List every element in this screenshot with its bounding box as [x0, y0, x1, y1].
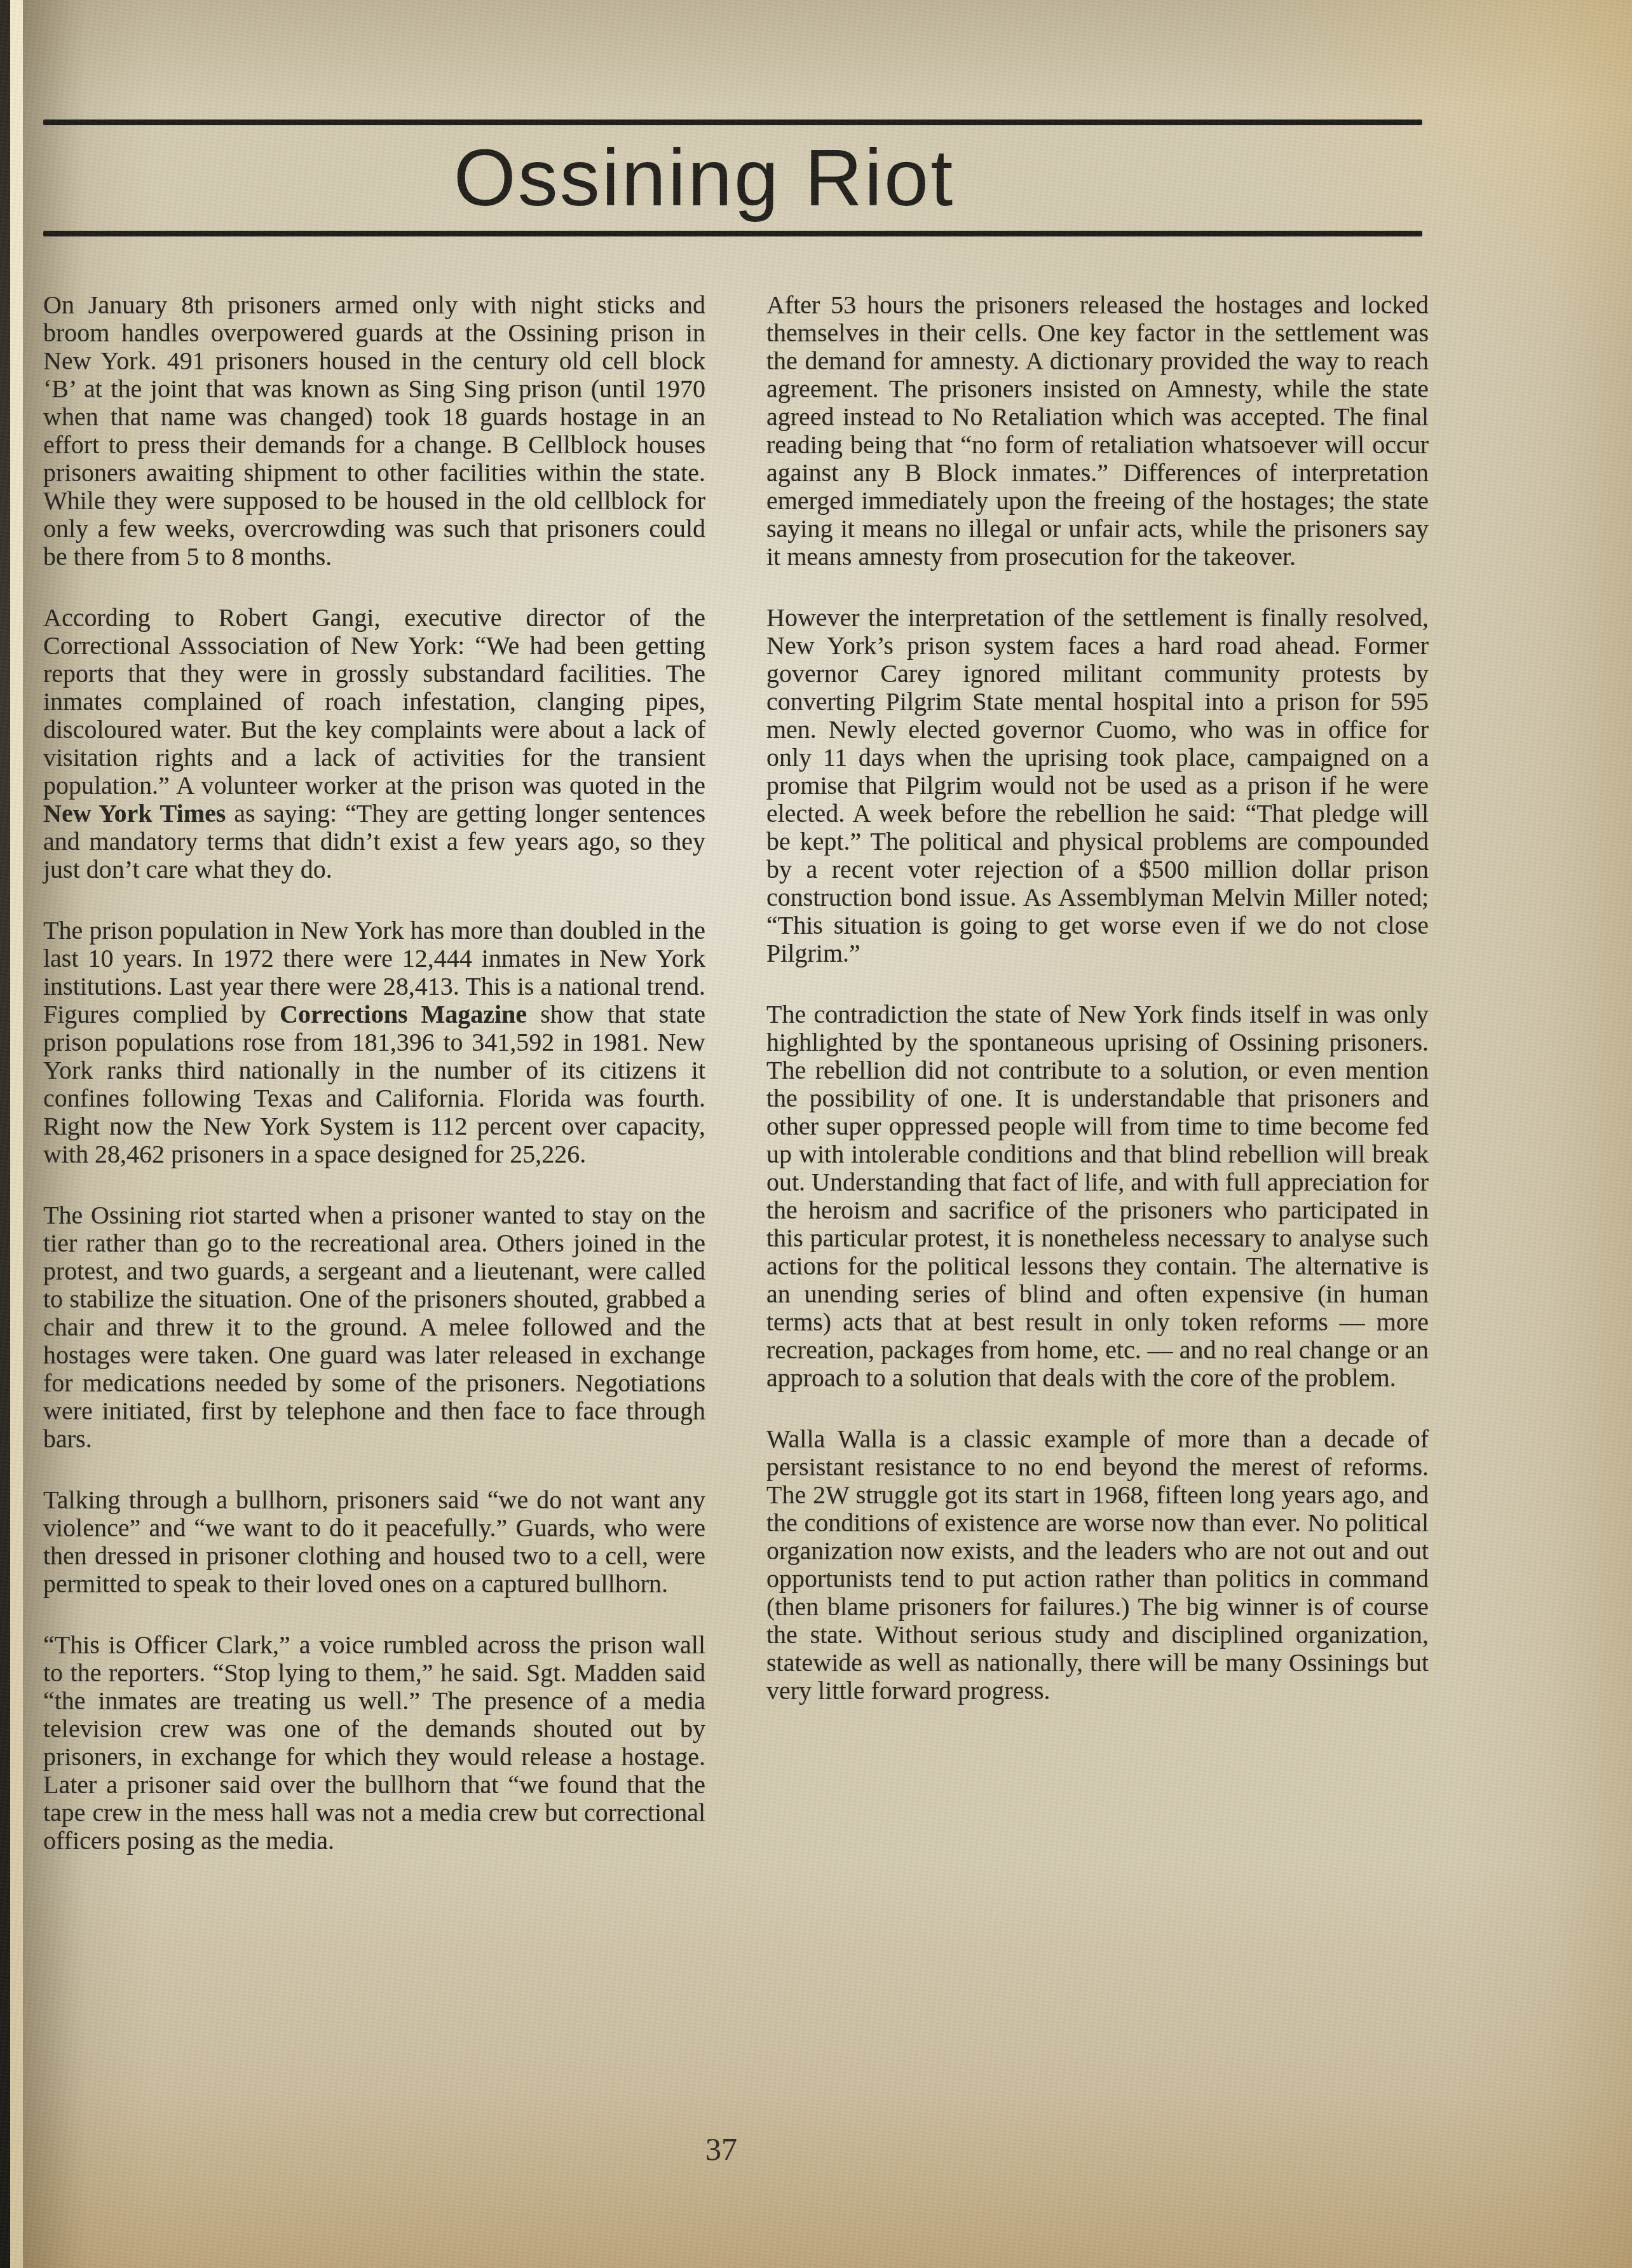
- text-run: Talking through a bullhorn, prisoners sa…: [43, 1486, 705, 1598]
- header-rule-top: [43, 120, 1422, 125]
- paragraph: Talking through a bullhorn, prisoners sa…: [43, 1486, 705, 1598]
- bold-run: Corrections Magazine: [280, 1000, 527, 1028]
- paragraph: “This is Officer Clark,” a voice rumbled…: [43, 1631, 705, 1855]
- column-left: On January 8th prisoners armed only with…: [43, 291, 705, 1855]
- header-rule-bottom: [43, 231, 1422, 236]
- paragraph: After 53 hours the prisoners released th…: [766, 291, 1429, 571]
- text-run: According to Robert Gangi, executive dir…: [43, 603, 705, 800]
- text-run: After 53 hours the prisoners released th…: [766, 290, 1429, 571]
- article-header: Ossining Riot: [43, 120, 1422, 236]
- paragraph: According to Robert Gangi, executive dir…: [43, 604, 705, 884]
- paragraph: However the interpretation of the settle…: [766, 604, 1429, 967]
- text-run: On January 8th prisoners armed only with…: [43, 290, 705, 571]
- article-body: On January 8th prisoners armed only with…: [43, 291, 1429, 1855]
- magazine-page: Ossining Riot On January 8th prisoners a…: [0, 0, 1632, 2268]
- text-run: The contradiction the state of New York …: [766, 1000, 1429, 1392]
- article-title: Ossining Riot: [15, 125, 1394, 231]
- paragraph: On January 8th prisoners armed only with…: [43, 291, 705, 571]
- column-right: After 53 hours the prisoners released th…: [766, 291, 1429, 1855]
- paragraph: Walla Walla is a classic example of more…: [766, 1425, 1429, 1705]
- paragraph: The Ossining riot started when a prisone…: [43, 1201, 705, 1453]
- text-run: However the interpretation of the settle…: [766, 603, 1429, 967]
- page-number: 37: [674, 2131, 769, 2168]
- text-run: Walla Walla is a classic example of more…: [766, 1424, 1429, 1705]
- paragraph: The contradiction the state of New York …: [766, 1001, 1429, 1392]
- book-gutter-shadow: [0, 0, 10, 2268]
- text-run: The Ossining riot started when a prisone…: [43, 1201, 705, 1453]
- paragraph: The prison population in New York has mo…: [43, 917, 705, 1168]
- page-edge-highlight: [10, 0, 23, 2268]
- bold-run: New York Times: [43, 799, 226, 828]
- text-run: “This is Officer Clark,” a voice rumbled…: [43, 1630, 705, 1855]
